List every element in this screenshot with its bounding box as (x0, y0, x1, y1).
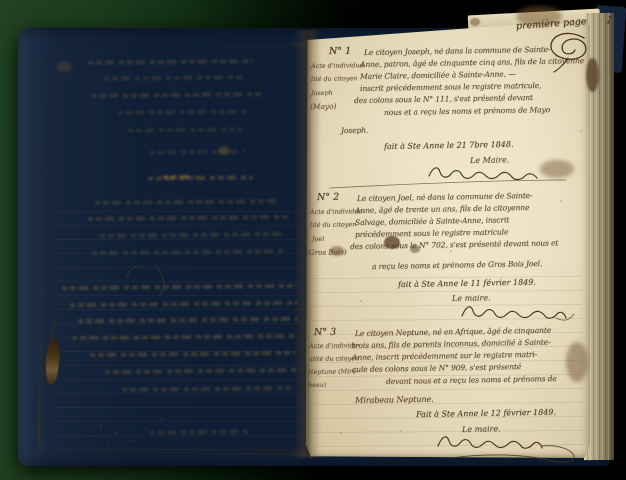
body-line: Joseph. (341, 126, 368, 135)
margin-note-line: (Mayo) (310, 102, 337, 111)
margin-note-line: lité du citoyen (310, 220, 356, 229)
margin-note-line: Joel (312, 235, 324, 243)
entry-number: N° 3 (314, 327, 336, 338)
manuscript-scan: première page 1 N° 1 Le citoyen Joseph, … (0, 0, 626, 480)
mayor-signature (458, 300, 578, 326)
margin-note-line: alité du citoyen (309, 354, 359, 363)
margin-note-line: (Gros Bois) (306, 247, 347, 257)
margin-note-line: Acte d'individu- (309, 341, 360, 350)
pen-curve-marks (118, 258, 178, 302)
signature-underline-flourish (328, 176, 570, 190)
body-line: Mirabeau Neptune. (355, 394, 434, 405)
margin-note-line: Neptune (Mira- (308, 367, 358, 376)
margin-note-line: lité du citoyen (311, 74, 357, 83)
foxing-specks-left (100, 425, 102, 427)
margin-note-line: Acte d'individua- (311, 61, 366, 70)
margin-note-line: beau) (308, 381, 326, 389)
paraph-flourish (544, 30, 596, 74)
margin-note-line: Joseph (311, 89, 333, 97)
entry-number: N° 1 (329, 46, 351, 57)
margin-note-line: Acte d'individua- (310, 207, 365, 216)
mayor-signature (432, 430, 582, 464)
entry-number: N° 2 (317, 192, 339, 203)
